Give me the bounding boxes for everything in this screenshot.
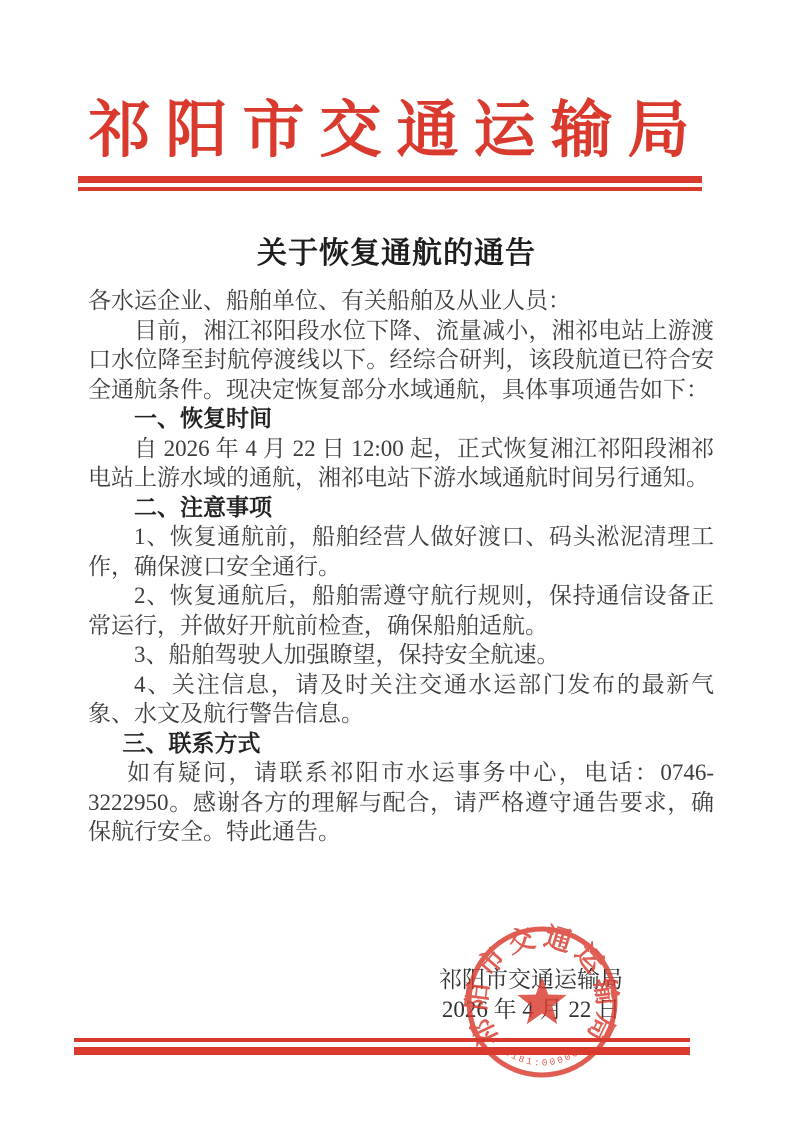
- letterhead-rule-thick: [78, 176, 702, 183]
- section-2-item-1: 1、恢复通航前，船舶经营人做好渡口、码头淞泥清理工作，确保渡口安全通行。: [88, 522, 714, 581]
- salutation-line: 各水运企业、船舶单位、有关船舶及从业人员：: [88, 286, 714, 316]
- section-2-heading: 二、注意事项: [88, 493, 714, 523]
- seal-serial-number: 1181:00000: [502, 1046, 582, 1068]
- notice-body: 各水运企业、船舶单位、有关船舶及从业人员： 目前，湘江祁阳段水位下降、流量减小，…: [88, 286, 714, 847]
- section-1-paragraph: 自 2026 年 4 月 22 日 12:00 起，正式恢复湘江祁阳段湘祁电站上…: [88, 434, 714, 493]
- section-3-paragraph: 如有疑问，请联系祁阳市水运事务中心，电话：0746-3222950。感谢各方的理…: [88, 758, 714, 847]
- intro-paragraph: 目前，湘江祁阳段水位下降、流量减小，湘祁电站上游渡口水位降至封航停渡线以下。经综…: [88, 316, 714, 405]
- notice-title: 关于恢复通航的通告: [0, 228, 793, 272]
- section-2-item-4: 4、关注信息，请及时关注交通水运部门发布的最新气象、水文及航行警告信息。: [88, 670, 714, 729]
- letterhead-org-name: 祁阳市交通运输局: [0, 96, 793, 166]
- section-3-heading: 三、联系方式: [88, 729, 714, 759]
- section-2-item-3: 3、船舶驾驶人加强瞭望，保持安全航速。: [88, 640, 714, 670]
- red-star-icon: [517, 977, 566, 1024]
- section-1-heading: 一、恢复时间: [88, 404, 714, 434]
- section-2-item-2: 2、恢复通航后，船舶需遵守航行规则，保持通信设备正常运行，并做好开航前检查，确保…: [88, 581, 714, 640]
- letterhead-rule-thin: [78, 187, 702, 191]
- official-seal-stamp: 祁阳市交通运输局 1181:00000: [455, 915, 629, 1089]
- notice-document-page: 祁阳市交通运输局 关于恢复通航的通告 各水运企业、船舶单位、有关船舶及从业人员：…: [0, 0, 793, 1121]
